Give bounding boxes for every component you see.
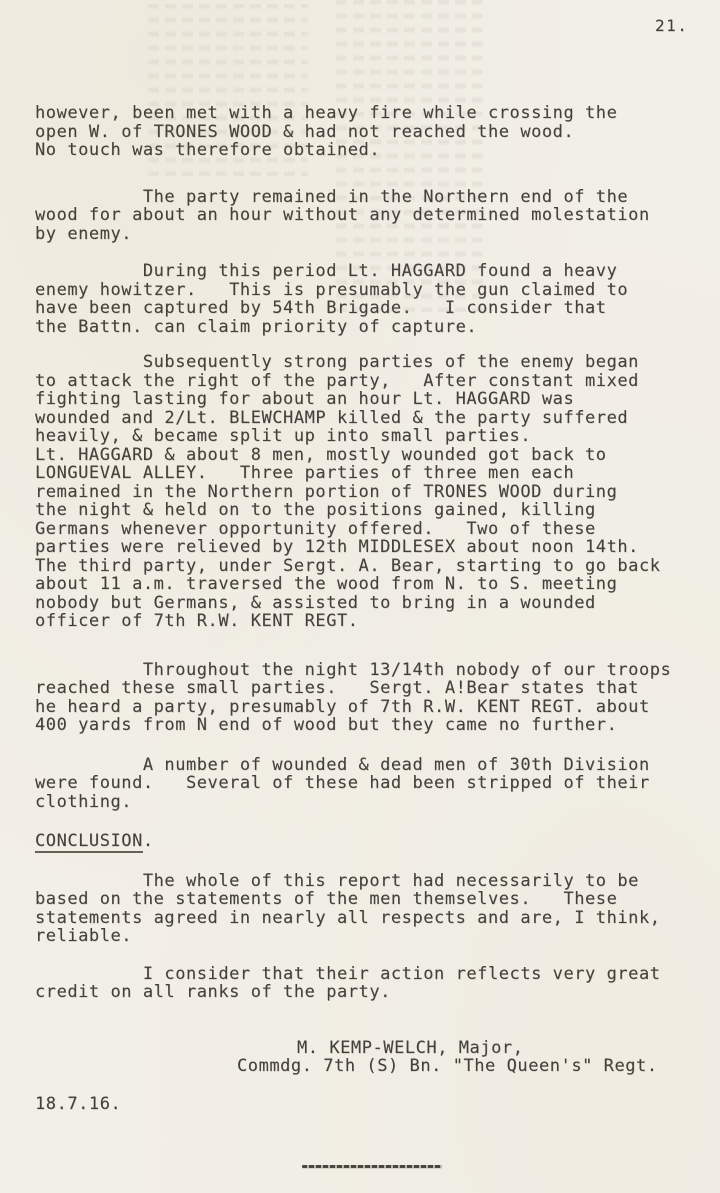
text-line: Subsequently strong parties of the enemy… [35,353,720,372]
heading-tail: . [143,831,154,851]
text-line: Throughout the night 13/14th nobody of o… [35,661,720,680]
text-line: reliable. [35,927,720,946]
text-line: clothing. [35,793,720,812]
paragraph-night-13-14: Throughout the night 13/14th nobody of o… [35,661,720,735]
heading-underlined-text: CONCLUSION [35,832,143,853]
text-line: reached these small parties. Sergt. A!Be… [35,679,720,698]
text-line: The whole of this report had necessarily… [35,872,720,891]
text-line: he heard a party, presumably of 7th R.W.… [35,698,720,717]
end-rule [35,1165,720,1168]
paragraph-crossing-fire: however, been met with a heavy fire whil… [35,104,720,160]
text-line: parties were relieved by 12th MIDDLESEX … [35,538,720,557]
text-line: were found. Several of these had been st… [35,774,720,793]
scanned-document-page: 21. however, been met with a heavy fire … [0,0,720,1193]
text-line: the night & held on to the positions gai… [35,501,720,520]
text-line: Lt. HAGGARD & about 8 men, mostly wounde… [35,446,720,465]
text-line: Germans whenever opportunity offered. Tw… [35,520,720,539]
text-line: open W. of TRONES WOOD & had not reached… [35,123,720,142]
date-line: 18.7.16. [35,1095,720,1114]
signature-block: M. KEMP-WELCH, Major,Commdg. 7th (S) Bn.… [35,1039,720,1076]
text-line: The third party, under Sergt. A. Bear, s… [35,557,720,576]
document-body: however, been met with a heavy fire whil… [0,0,720,1168]
text-line: officer of 7th R.W. KENT REGT. [35,612,720,631]
text-line: 400 yards from N end of wood but they ca… [35,716,720,735]
text-line: The party remained in the Northern end o… [35,188,720,207]
text-line: however, been met with a heavy fire whil… [35,104,720,123]
paragraph-enemy-attack: Subsequently strong parties of the enemy… [35,353,720,631]
text-line: have been captured by 54th Brigade. I co… [35,299,720,318]
text-line: credit on all ranks of the party. [35,983,720,1002]
paragraph-party-remained: The party remained in the Northern end o… [35,188,720,244]
text-line: to attack the right of the party, After … [35,372,720,391]
text-line: M. KEMP-WELCH, Major, [297,1039,720,1058]
text-line: about 11 a.m. traversed the wood from N.… [35,575,720,594]
text-line: During this period Lt. HAGGARD found a h… [35,262,720,281]
typed-divider-rule [302,1165,442,1168]
text-line: heavily, & became split up into small pa… [35,427,720,446]
paragraph-credit: I consider that their action reflects ve… [35,965,720,1002]
text-line: statements agreed in nearly all respects… [35,909,720,928]
page-number: 21. [655,16,688,35]
text-line: LONGUEVAL ALLEY. Three parties of three … [35,464,720,483]
paragraph-howitzer: During this period Lt. HAGGARD found a h… [35,262,720,336]
text-line: based on the statements of the men thems… [35,890,720,909]
paragraph-30th-division: A number of wounded & dead men of 30th D… [35,756,720,812]
text-line: the Battn. can claim priority of capture… [35,318,720,337]
section-heading: CONCLUSION. [35,832,720,853]
paragraph-report-basis: The whole of this report had necessarily… [35,872,720,946]
text-line: by enemy. [35,225,720,244]
conclusion-heading: CONCLUSION. [35,832,720,853]
text-line: nobody but Germans, & assisted to bring … [35,594,720,613]
text-line: remained in the Northern portion of TRON… [35,483,720,502]
text-line: fighting lasting for about an hour Lt. H… [35,390,720,409]
text-line: 18.7.16. [35,1095,720,1114]
text-line: enemy howitzer. This is presumably the g… [35,281,720,300]
text-line: I consider that their action reflects ve… [35,965,720,984]
text-line: wounded and 2/Lt. BLEWCHAMP killed & the… [35,409,720,428]
text-line: A number of wounded & dead men of 30th D… [35,756,720,775]
text-line: No touch was therefore obtained. [35,141,720,160]
text-line: Commdg. 7th (S) Bn. "The Queen's" Regt. [237,1057,720,1076]
text-line: wood for about an hour without any deter… [35,206,720,225]
